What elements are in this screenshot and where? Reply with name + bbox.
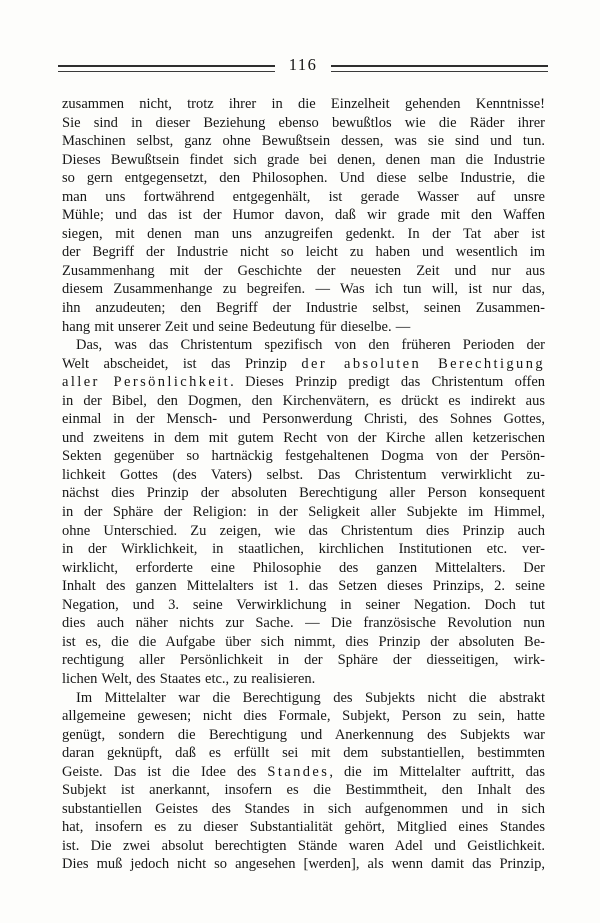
text-line: substantiellen Geistes des Standes in si…	[62, 800, 545, 819]
text-line: ist. Die zwei absolut berechtigten Ständ…	[62, 837, 545, 856]
text-line: aller Persönlichkeit. Dieses Prinzip pre…	[62, 373, 545, 392]
header-rule-right	[331, 65, 548, 72]
text-line: Mühle; und das ist der Humor davon, daß …	[62, 206, 545, 225]
text-line: diesem Zusammenhange zu begreifen. — Was…	[62, 280, 545, 299]
text-line: siegen, mit denen man uns anzugreifen ge…	[62, 225, 545, 244]
text-line: Das, was das Christentum spezifisch von …	[62, 336, 545, 355]
text-line: wirklicht, erforderte eine Philosophie d…	[62, 559, 545, 578]
text-line: ist es, die die Aufgabe über sich nimmt,…	[62, 633, 545, 652]
text-line: so gern entgegensetzt, den Philosophen. …	[62, 169, 545, 188]
text-line: man uns fortwährend entgegenhält, ist ge…	[62, 188, 545, 207]
text-line: einmal in der Mensch- und Personwerdung …	[62, 410, 545, 429]
text-line: Dieses Bewußtsein findet sich grade bei …	[62, 151, 545, 170]
letterspaced-text: der absoluten Berechtigung	[301, 356, 545, 372]
text-line: Inhalt des ganzen Mittelalters ist 1. da…	[62, 577, 545, 596]
paragraph-2: Das, was das Christentum spezifisch von …	[62, 336, 545, 688]
text-line: und zweitens in dem mit gutem Recht von …	[62, 429, 545, 448]
header-rule-left	[58, 65, 275, 72]
page-number: 116	[285, 57, 322, 74]
text-line: in der Wirklichkeit, in staatlichen, kir…	[62, 540, 545, 559]
text-line: zusammen nicht, trotz ihrer in die Einze…	[62, 95, 545, 114]
text-line: Sekten gegenüber so hartnäckig festgehal…	[62, 447, 545, 466]
text-line: Geiste. Das ist die Idee des Standes, di…	[62, 763, 545, 782]
text-line: der Begriff der Industrie nicht so leich…	[62, 243, 545, 262]
text-line: lichkeit Gottes (des Vaters) selbst. Das…	[62, 466, 545, 485]
text-line: in der Bibel, den Dogmen, den Kirchenvät…	[62, 392, 545, 411]
text-line: ihn anzudeuten; den Begriff der Industri…	[62, 299, 545, 318]
text-line: hang mit unserer Zeit und seine Bedeutun…	[62, 318, 545, 337]
letterspaced-text: Standes	[267, 764, 329, 780]
text-line: dies auch näher nichts zur Sache. — Die …	[62, 614, 545, 633]
page-text: zusammen nicht, trotz ihrer in die Einze…	[62, 95, 545, 874]
text-line: Maschinen selbst, ganz ohne Bewußtsein d…	[62, 132, 545, 151]
text-line: Sie sind in dieser Beziehung ebenso bewu…	[62, 114, 545, 133]
text-line: Subjekt ist anerkannt, insofern es die B…	[62, 781, 545, 800]
text-line: Im Mittelalter war die Berechtigung des …	[62, 689, 545, 708]
text-line: ohne Unterschied. Zu zeigen, wie das Chr…	[62, 522, 545, 541]
text-line: in der Sphäre der Religion: in der Selig…	[62, 503, 545, 522]
text-line: hat, insofern es zu dieser Substantialit…	[62, 818, 545, 837]
text-line: Zusammenhang mit der Geschichte der neue…	[62, 262, 545, 281]
text-line: nächst dies Prinzip der absoluten Berech…	[62, 484, 545, 503]
text-line: Negation, und 3. seine Verwirklichung in…	[62, 596, 545, 615]
book-page: 116 zusammen nicht, trotz ihrer in die E…	[0, 0, 600, 923]
text-line: rechtigung aller Persönlichkeit in der S…	[62, 651, 545, 670]
paragraph-1: zusammen nicht, trotz ihrer in die Einze…	[62, 95, 545, 336]
text-line: daran geknüpft, daß es erfüllt sei mit d…	[62, 744, 545, 763]
text-line: allgemeine gewesen; nicht dies Formale, …	[62, 707, 545, 726]
text-line: Dies muß jedoch nicht so angesehen [werd…	[62, 855, 545, 874]
paragraph-3: Im Mittelalter war die Berechtigung des …	[62, 689, 545, 874]
text-line: Welt abscheidet, ist das Prinzip der abs…	[62, 355, 545, 374]
page-header: 116	[58, 54, 548, 76]
text-line: genügt, sondern die Berechtigung und Ane…	[62, 726, 545, 745]
text-line: lichen Welt, des Staates etc., zu realis…	[62, 670, 545, 689]
letterspaced-text: aller Persönlichkeit	[62, 374, 230, 390]
